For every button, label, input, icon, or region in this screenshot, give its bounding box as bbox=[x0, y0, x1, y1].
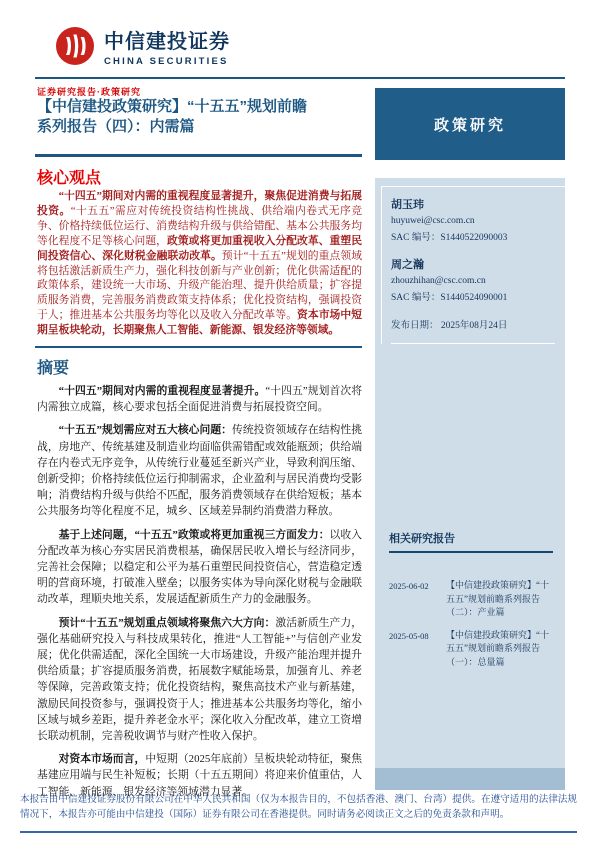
report-page: 中信建投证券 CHINA SECURITIES 证券研究报告·政策研究 【中信建… bbox=[0, 0, 595, 842]
header-logo: 中信建投证券 CHINA SECURITIES bbox=[55, 25, 230, 67]
abstract-paragraph-rest: 传统投资领域存在结构性挑战，房地产、传统基建及制造业均面临供需错配或效能瓶颈；供… bbox=[37, 424, 362, 517]
analyst-card: 周之瀚zhouzhihan@csc.com.cnSAC 编号：S14405240… bbox=[391, 256, 555, 303]
footer-divider bbox=[20, 831, 577, 833]
related-report-title: 【中信建投政策研究】“十五五”规划前瞻系列报告（二）：产业篇 bbox=[446, 579, 553, 620]
abstract-paragraph: 基于上述问题，“十五五”政策或将更加重视三方面发力：以收入分配改革为核心夯实居民… bbox=[37, 527, 362, 608]
abstract-paragraph-lead: “十五五”规划需应对五大核心问题： bbox=[59, 424, 232, 436]
page-title-line2: 系列报告（四）：内需篇 bbox=[37, 117, 365, 137]
related-report-list: 2025-06-02【中信建投政策研究】“十五五”规划前瞻系列报告（二）：产业篇… bbox=[389, 579, 553, 669]
header-divider bbox=[35, 77, 565, 79]
related-report-item[interactable]: 2025-06-02【中信建投政策研究】“十五五”规划前瞻系列报告（二）：产业篇 bbox=[389, 579, 553, 620]
abstract-paragraph: “十五五”规划需应对五大核心问题：传统投资领域存在结构性挑战，房地产、传统基建及… bbox=[37, 422, 362, 519]
brand-name-cn: 中信建投证券 bbox=[104, 25, 230, 54]
abstract-paragraph-lead: 基于上述问题，“十五五”政策或将更加重视三方面发力： bbox=[59, 529, 330, 541]
related-report-title: 【中信建投政策研究】“十五五”规划前瞻系列报告（一）：总量篇 bbox=[446, 629, 553, 670]
analyst-email-link[interactable]: zhouzhihan@csc.com.cn bbox=[391, 276, 555, 286]
abstract-paragraph: “十四五”期间对内需的重视程度显著提升。“十四五”规划首次将内需独立成篇，核心要… bbox=[37, 383, 362, 415]
abstract-paragraph-rest: 激活新质生产力，强化基础研究投入与科技成果转化，推进“人工智能+”与信创产业发展… bbox=[37, 617, 362, 742]
abstract-paragraphs: “十四五”期间对内需的重视程度显著提升。“十四五”规划首次将内需独立成篇，核心要… bbox=[37, 383, 362, 807]
footer-disclaimer: 本报告由中信建投证券股份有限公司在中华人民共和国（仅为本报告目的，不包括香港、澳… bbox=[20, 793, 577, 823]
publish-date-label: 发布日期： bbox=[391, 321, 439, 331]
abstract-heading: 摘要 bbox=[37, 355, 69, 378]
page-title-line1: 【中信建投政策研究】“十五五”规划前瞻 bbox=[37, 97, 365, 117]
publish-date-value: 2025年08月24日 bbox=[441, 321, 508, 331]
page-title: 【中信建投政策研究】“十五五”规划前瞻 系列报告（四）：内需篇 bbox=[37, 97, 365, 138]
abstract-paragraph: 预计“十五五”规划重点领域将聚焦六大方向：激活新质生产力，强化基础研究投入与科技… bbox=[37, 615, 362, 745]
related-reports-block: 相关研究报告 2025-06-02【中信建投政策研究】“十五五”规划前瞻系列报告… bbox=[389, 530, 553, 669]
title-divider bbox=[35, 154, 362, 157]
publish-date-row: 发布日期： 2025年08月24日 bbox=[391, 316, 555, 344]
sidebar-bottom-band bbox=[375, 768, 565, 790]
related-report-date: 2025-06-02 bbox=[389, 579, 439, 620]
analyst-email-link[interactable]: huyuwei@csc.com.cn bbox=[391, 216, 555, 226]
brand-text: 中信建投证券 CHINA SECURITIES bbox=[104, 25, 230, 67]
abstract-paragraph-lead: 预计“十五五”规划重点领域将聚焦六大方向： bbox=[59, 617, 276, 629]
analyst-card: 胡玉玮huyuwei@csc.com.cnSAC 编号：S14405220900… bbox=[391, 196, 555, 243]
analyst-sac: SAC 编号：S1440522090003 bbox=[391, 229, 555, 243]
sidebar-category-label: 政策研究 bbox=[434, 114, 506, 135]
sidebar-panel: 胡玉玮huyuwei@csc.com.cnSAC 编号：S14405220900… bbox=[375, 178, 565, 790]
abstract-paragraph-lead: “十四五”期间对内需的重视程度显著提升。 bbox=[59, 385, 266, 397]
related-report-date: 2025-05-08 bbox=[389, 629, 439, 670]
abstract-paragraph-lead: 对资本市场而言， bbox=[59, 753, 146, 765]
analyst-list: 胡玉玮huyuwei@csc.com.cnSAC 编号：S14405220900… bbox=[391, 196, 555, 303]
analyst-name: 胡玉玮 bbox=[391, 196, 555, 212]
sidebar-category-box: 政策研究 bbox=[375, 88, 565, 160]
related-reports-heading: 相关研究报告 bbox=[389, 530, 553, 553]
analyst-sac: SAC 编号：S1440524090001 bbox=[391, 289, 555, 303]
csc-logo-icon bbox=[55, 26, 95, 66]
analyst-box: 胡玉玮huyuwei@csc.com.cnSAC 编号：S14405220900… bbox=[381, 186, 565, 344]
core-view-heading: 核心观点 bbox=[37, 165, 101, 188]
core-view-paragraph: “十四五”期间对内需的重视程度显著提升，聚焦促进消费与拓展投资。“十五五”需应对… bbox=[37, 189, 362, 338]
analyst-name: 周之瀚 bbox=[391, 256, 555, 272]
brand-name-en: CHINA SECURITIES bbox=[104, 56, 230, 67]
related-report-item[interactable]: 2025-05-08【中信建投政策研究】“十五五”规划前瞻系列报告（一）：总量篇 bbox=[389, 629, 553, 670]
abstract-divider bbox=[35, 346, 362, 348]
